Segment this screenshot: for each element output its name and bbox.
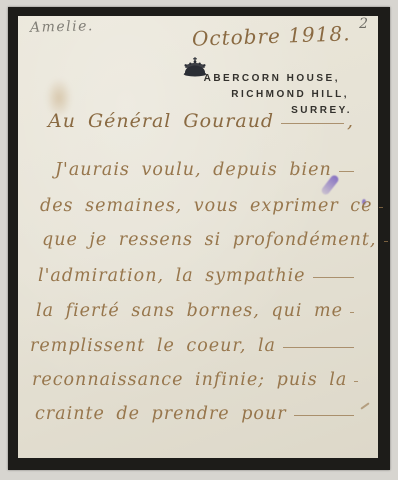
handwritten-line: reconnaissance infinie; puis la <box>32 370 356 390</box>
scanned-letter-image: Amelie. 2 Octobre 1918. <box>0 0 398 480</box>
handwritten-text: des semaines, vous exprimer ce <box>40 196 372 216</box>
handwritten-text: reconnaissance infinie; puis la <box>32 370 347 390</box>
pen-tick-mark <box>360 402 369 409</box>
handwritten-text: J'aurais voulu, depuis bien <box>55 160 332 180</box>
letterhead-line-house: ABERCORN HOUSE, <box>204 71 340 87</box>
pen-flourish <box>281 123 344 124</box>
salutation-comma: , <box>347 110 354 132</box>
handwritten-date: Octobre 1918. <box>191 21 350 51</box>
salutation-text: Au Général Gouraud <box>48 110 274 132</box>
pen-flourish <box>350 312 354 313</box>
handwritten-text: l'admiration, la sympathie <box>38 266 306 286</box>
handwritten-line: crainte de prendre pour <box>35 404 356 424</box>
album-frame: Amelie. 2 Octobre 1918. <box>8 7 390 470</box>
letterhead-line-street: RICHMOND HILL, <box>204 87 349 103</box>
page-number: 2 <box>359 16 368 32</box>
handwritten-text: remplissent le coeur, la <box>30 336 276 356</box>
handwritten-line: des semaines, vous exprimer ce <box>40 196 356 216</box>
handwritten-line: remplissent le coeur, la <box>30 336 356 356</box>
pen-flourish <box>294 415 354 416</box>
handwritten-text: la fierté sans bornes, qui me <box>36 301 343 321</box>
pen-flourish <box>339 171 354 172</box>
letter-paper: Amelie. 2 Octobre 1918. <box>18 16 378 458</box>
salutation-line: Au Général Gouraud , <box>48 110 354 132</box>
pen-flourish <box>283 347 354 348</box>
pen-flourish <box>379 207 383 208</box>
handwritten-line: J'aurais voulu, depuis bien <box>55 160 356 180</box>
handwritten-line: que je ressens si profondément, <box>42 230 356 250</box>
handwritten-line: l'admiration, la sympathie <box>38 266 356 286</box>
pencil-annotation-name: Amelie. <box>30 18 94 36</box>
handwritten-line: la fierté sans bornes, qui me <box>36 301 356 321</box>
pen-flourish <box>313 277 354 278</box>
pen-flourish <box>384 241 388 242</box>
handwritten-text: crainte de prendre pour <box>35 404 287 424</box>
handwritten-text: que je ressens si profondément, <box>42 230 377 250</box>
pen-flourish <box>354 381 358 382</box>
